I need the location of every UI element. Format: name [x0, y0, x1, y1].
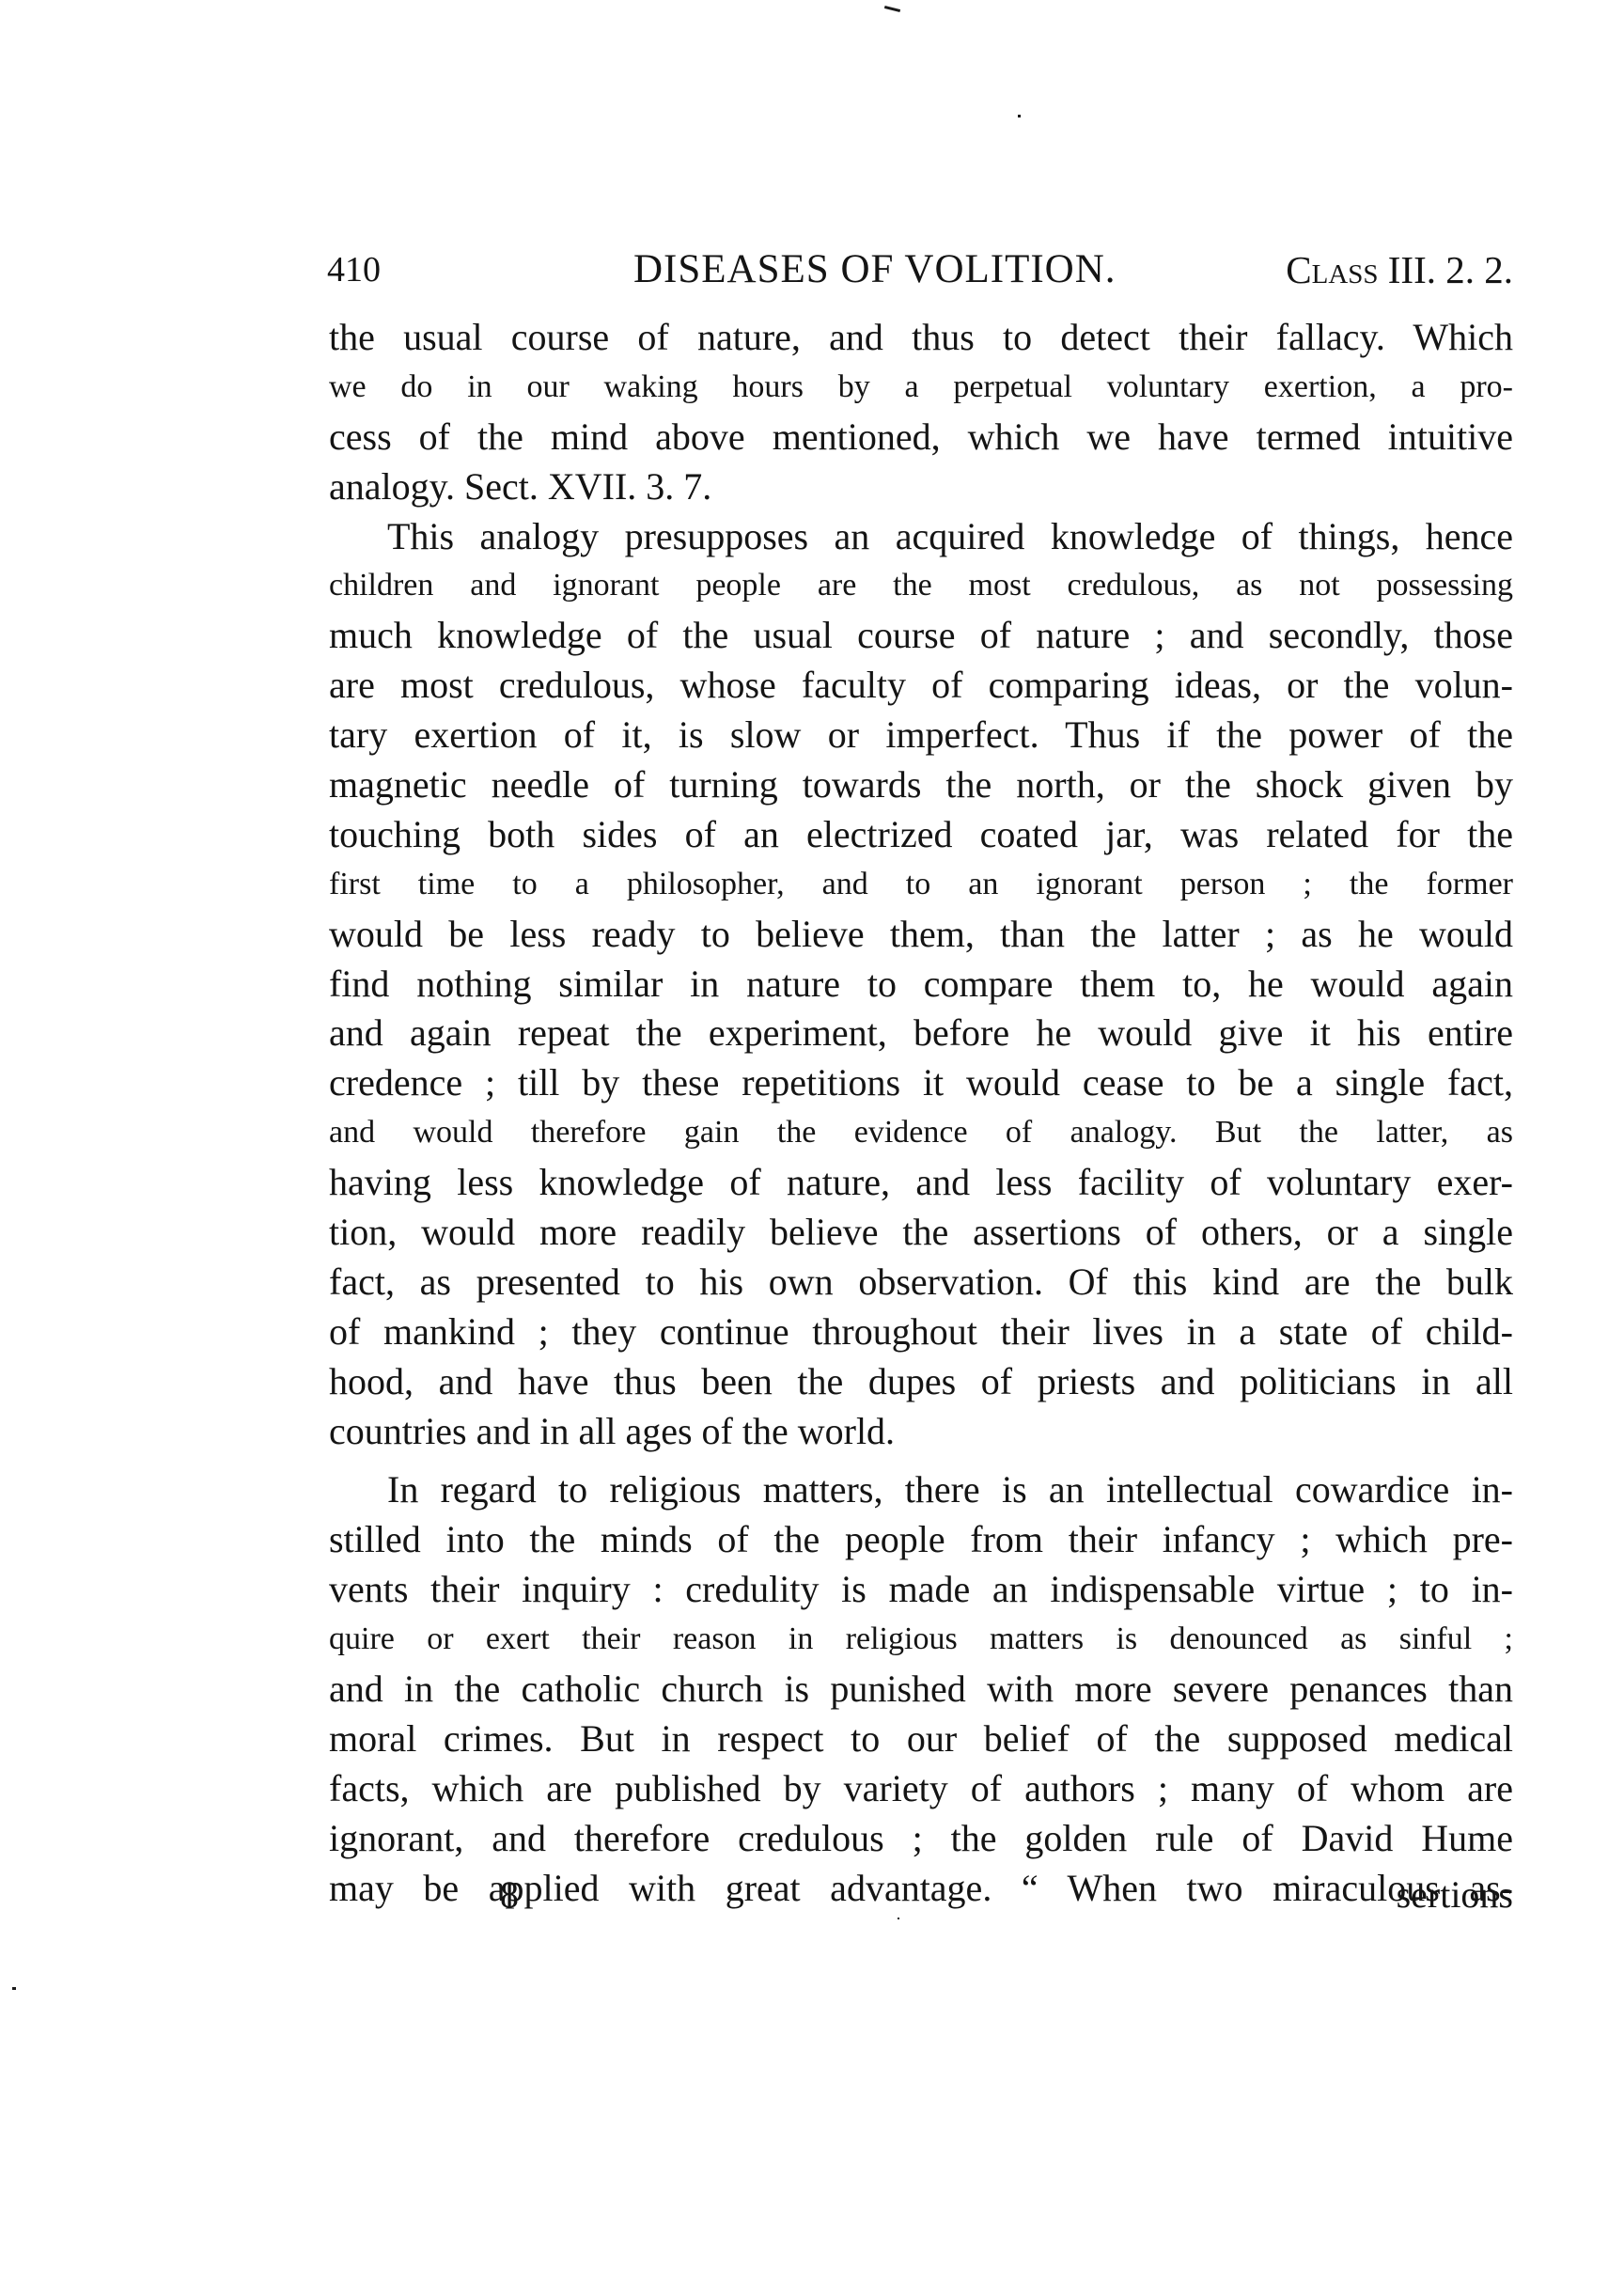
class-reference: Class III. 2. 2. [1286, 246, 1513, 293]
text-line: This analogy presupposes an acquired kno… [329, 512, 1513, 562]
text-line: facts, which are published by variety of… [329, 1764, 1513, 1814]
text-line: quire or exert their reason in religious… [329, 1615, 1513, 1665]
text-line: the usual course of nature, and thus to … [329, 313, 1513, 363]
text-line: magnetic needle of turning towards the n… [329, 760, 1513, 810]
text-line: tion, would more readily believe the ass… [329, 1208, 1513, 1258]
paragraph-gap [329, 1456, 1513, 1465]
text-line: and again repeat the experiment, before … [329, 1009, 1513, 1058]
book-page: 410 DISEASES OF VOLITION. Class III. 2. … [0, 0, 1624, 2286]
scan-artifact-mark [884, 6, 900, 12]
running-head: 410 DISEASES OF VOLITION. Class III. 2. … [327, 246, 1513, 293]
text-line: first time to a philosopher, and to an i… [329, 860, 1513, 910]
text-line: hood, and have thus been the dupes of pr… [329, 1357, 1513, 1407]
page-number: 410 [327, 246, 381, 293]
chapter-title: DISEASES OF VOLITION. [633, 246, 1116, 293]
catchline: 8 sertions [329, 1871, 1513, 1919]
catchword: sertions [1397, 1871, 1513, 1919]
text-line: countries and in all ages of the world. [329, 1407, 1513, 1457]
text-line: and in the catholic church is punished w… [329, 1665, 1513, 1714]
scan-artifact-dot [1018, 115, 1021, 117]
text-line: credence ; till by these repetitions it … [329, 1058, 1513, 1108]
text-line: would be less ready to believe them, tha… [329, 910, 1513, 960]
text-line: having less knowledge of nature, and les… [329, 1158, 1513, 1208]
text-line: vents their inquiry : credulity is made … [329, 1565, 1513, 1615]
text-line: much knowledge of the usual course of na… [329, 611, 1513, 661]
scan-artifact-dot [12, 1987, 16, 1990]
text-line: ignorant, and therefore credulous ; the … [329, 1814, 1513, 1864]
paragraph-continuation: the usual course of nature, and thus to … [329, 313, 1513, 512]
text-line: analogy. Sect. XVII. 3. 7. [329, 462, 1513, 512]
text-line: touching both sides of an electrized coa… [329, 810, 1513, 860]
text-line: we do in our waking hours by a perpetual… [329, 363, 1513, 413]
text-line: children and ignorant people are the mos… [329, 561, 1513, 611]
text-line: tary exertion of it, is slow or imperfec… [329, 711, 1513, 760]
signature-mark: 8 [500, 1871, 519, 1919]
text-line: fact, as presented to his own observatio… [329, 1258, 1513, 1307]
text-line: moral crimes. But in respect to our beli… [329, 1714, 1513, 1764]
text-line: find nothing similar in nature to compar… [329, 960, 1513, 1010]
text-line: are most credulous, whose faculty of com… [329, 661, 1513, 711]
text-line: and would therefore gain the evidence of… [329, 1108, 1513, 1158]
text-line: stilled into the minds of the people fro… [329, 1515, 1513, 1565]
paragraph-analogy: This analogy presupposes an acquired kno… [329, 512, 1513, 1457]
text-line: of mankind ; they continue throughout th… [329, 1307, 1513, 1357]
text-line: cess of the mind above mentioned, which … [329, 413, 1513, 462]
text-line: In regard to religious matters, there is… [329, 1465, 1513, 1515]
paragraph-religious-matters: In regard to religious matters, there is… [329, 1465, 1513, 1913]
body-text: the usual course of nature, and thus to … [329, 313, 1513, 1914]
